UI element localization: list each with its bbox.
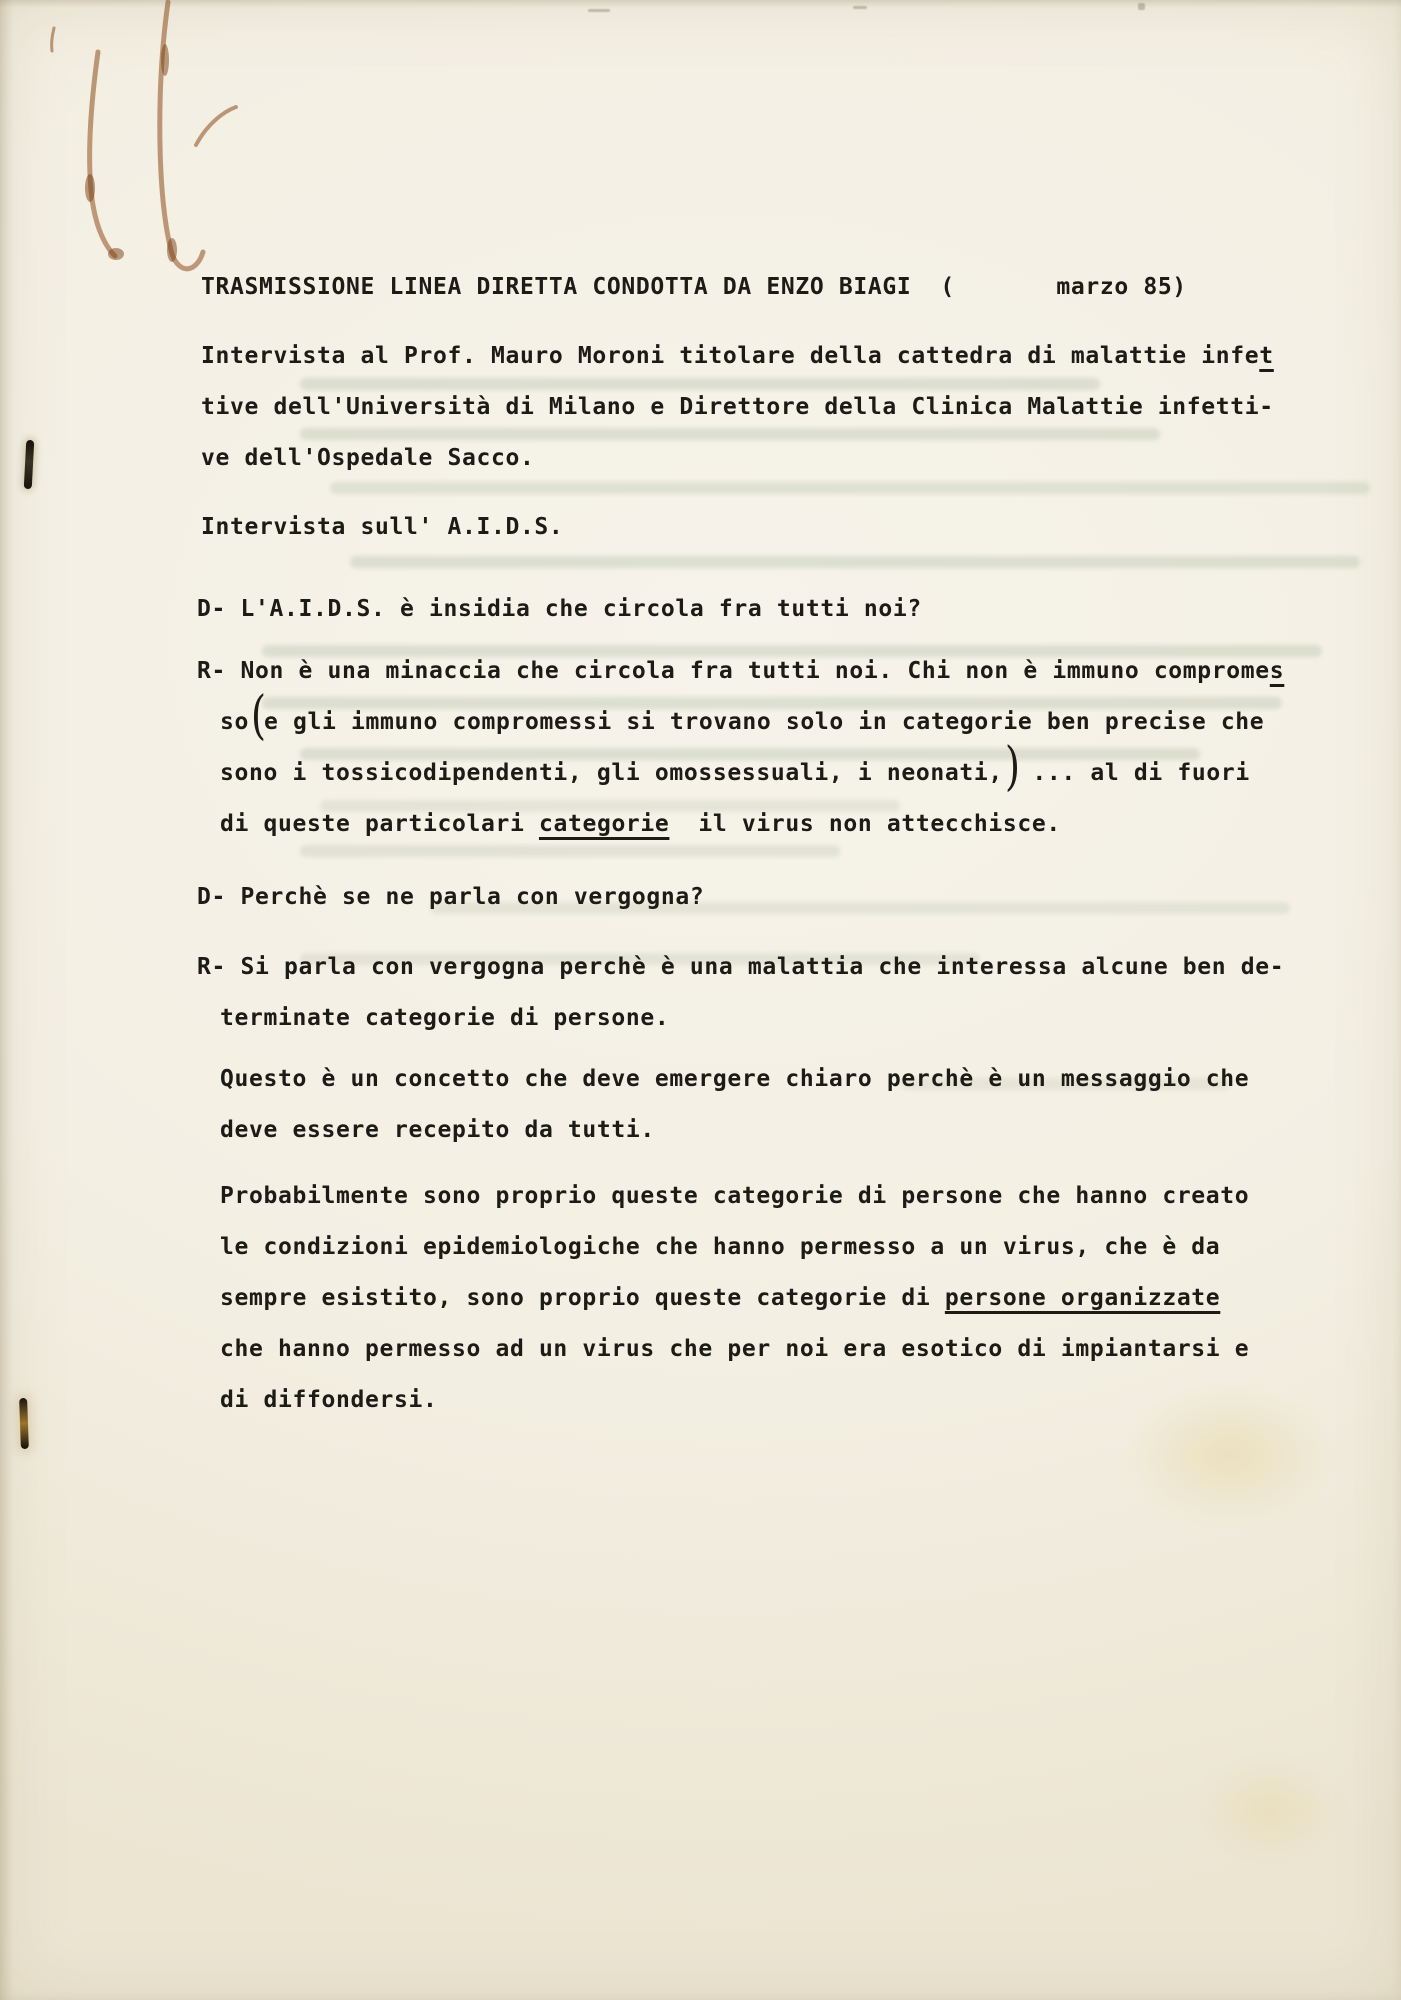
block-a1: R- Non è una minaccia che circola fra tu… <box>0 646 1401 850</box>
text-line: Questo è un concetto che deve emergere c… <box>0 1054 1401 1105</box>
text-line: di queste particolari categorie il virus… <box>0 799 1401 850</box>
text-line: deve essere recepito da tutti. <box>0 1105 1401 1156</box>
text-segment: sono i tossicodipendenti, gli omossessua… <box>220 760 1003 786</box>
text-line: sempre esistito, sono proprio queste cat… <box>0 1273 1401 1324</box>
text-segment: Intervista al Prof. Mauro Moroni titolar… <box>201 343 1259 369</box>
text-segment: terminate categorie di persone. <box>220 1005 669 1031</box>
text-segment: di diffondersi. <box>220 1387 437 1413</box>
text-segment: ... al di fuori <box>1018 760 1250 786</box>
text-segment: di queste particolari <box>220 811 539 837</box>
text-segment: tive dell'Università di Milano e Diretto… <box>201 394 1274 420</box>
text-segment: le condizioni epidemiologiche che hanno … <box>220 1234 1220 1260</box>
underlined-text: persone organizzate <box>945 1285 1220 1311</box>
text-line: le condizioni epidemiologiche che hanno … <box>0 1222 1401 1273</box>
text-line: D- L'A.I.D.S. è insidia che circola fra … <box>0 584 1401 635</box>
text-line: R- Non è una minaccia che circola fra tu… <box>0 646 1401 697</box>
text-line: R- Si parla con vergogna perchè è una ma… <box>0 942 1401 993</box>
text-segment: R- Non è una minaccia che circola fra tu… <box>197 658 1270 684</box>
block-a2: R- Si parla con vergogna perchè è una ma… <box>0 942 1401 1044</box>
underlined-text: s <box>1270 658 1285 684</box>
text-line: Intervista sull' A.I.D.S. <box>0 502 1401 553</box>
block-q1: D- L'A.I.D.S. è insidia che circola fra … <box>0 584 1401 635</box>
text-line: so(e gli immuno compromessi si trovano s… <box>0 697 1401 748</box>
text-segment: e gli immuno compromessi si trovano solo… <box>264 709 1264 735</box>
text-segment: R- Si parla con vergogna perchè è una ma… <box>197 954 1284 980</box>
text-segment: D- Perchè se ne parla con vergogna? <box>197 884 704 910</box>
text-line: Intervista al Prof. Mauro Moroni titolar… <box>0 331 1401 382</box>
block-p4: Probabilmente sono proprio queste catego… <box>0 1171 1401 1426</box>
text-segment: so <box>220 709 249 735</box>
text-segment: il virus non attecchisce. <box>669 811 1060 837</box>
underlined-text: t <box>1259 343 1274 369</box>
text-segment: Intervista sull' A.I.D.S. <box>201 514 563 540</box>
text-line: terminate categorie di persone. <box>0 993 1401 1044</box>
block-intro: Intervista al Prof. Mauro Moroni titolar… <box>0 331 1401 484</box>
text-segment: TRASMISSIONE LINEA DIRETTA CONDOTTA DA E… <box>201 274 1187 300</box>
scan-edge-shadow-top <box>0 0 1401 8</box>
text-segment: D- L'A.I.D.S. è insidia che circola fra … <box>197 596 922 622</box>
paper-speck <box>1138 3 1145 10</box>
paper-speck <box>588 9 610 12</box>
text-segment: che hanno permesso ad un virus che per n… <box>220 1336 1249 1362</box>
text-line: sono i tossicodipendenti, gli omossessua… <box>0 748 1401 799</box>
text-segment: ve dell'Ospedale Sacco. <box>201 445 534 471</box>
scanned-document-page: { "page": { "paper_color": "#f3efe3", "i… <box>0 0 1401 2000</box>
text-line: tive dell'Università di Milano e Diretto… <box>0 382 1401 433</box>
block-q2: D- Perchè se ne parla con vergogna? <box>0 872 1401 923</box>
text-line: di diffondersi. <box>0 1375 1401 1426</box>
underlined-text: categorie <box>539 811 669 837</box>
block-aids: Intervista sull' A.I.D.S. <box>0 502 1401 553</box>
text-line: D- Perchè se ne parla con vergogna? <box>0 872 1401 923</box>
text-line: ve dell'Ospedale Sacco. <box>0 433 1401 484</box>
block-p3: Questo è un concetto che deve emergere c… <box>0 1054 1401 1156</box>
text-line: TRASMISSIONE LINEA DIRETTA CONDOTTA DA E… <box>0 262 1401 313</box>
block-title: TRASMISSIONE LINEA DIRETTA CONDOTTA DA E… <box>0 262 1401 313</box>
text-segment: sempre esistito, sono proprio queste cat… <box>220 1285 945 1311</box>
text-segment: deve essere recepito da tutti. <box>220 1117 655 1143</box>
paper-speck <box>853 6 867 9</box>
text-segment: Probabilmente sono proprio queste catego… <box>220 1183 1249 1209</box>
text-segment: Questo è un concetto che deve emergere c… <box>220 1066 1249 1092</box>
text-line: Probabilmente sono proprio queste catego… <box>0 1171 1401 1222</box>
text-line: che hanno permesso ad un virus che per n… <box>0 1324 1401 1375</box>
typewritten-text: TRASMISSIONE LINEA DIRETTA CONDOTTA DA E… <box>0 262 1401 1426</box>
